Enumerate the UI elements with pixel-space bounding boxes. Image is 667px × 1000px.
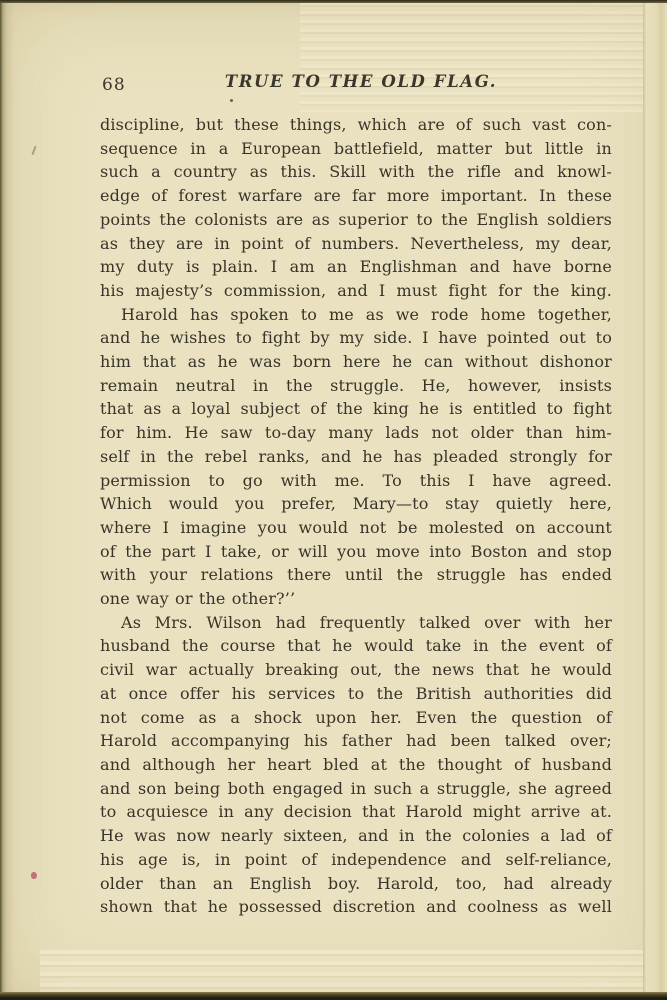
text-line: where I imagine you would not be moleste… [100, 516, 612, 540]
text-line: for him. He saw to-day many lads not old… [100, 421, 612, 445]
text-line: my duty is plain. I am an Englishman and… [100, 255, 612, 279]
page-number: 68 [102, 75, 126, 95]
scan-edge-left [0, 0, 14, 1000]
text-line: self in the rebel ranks, and he has plea… [100, 445, 612, 469]
text-line: him that as he was born here he can with… [100, 350, 612, 374]
scan-edge-top [0, 0, 667, 3]
text-line: points the colonists are as superior to … [100, 208, 612, 232]
text-line: husband the course that he would take in… [100, 634, 612, 658]
paper-speck [32, 146, 37, 155]
text-line: as they are in point of numbers. Neverth… [100, 232, 612, 256]
text-line: Harold accompanying his father had been … [100, 729, 612, 753]
text-line: Harold has spoken to me as we rode home … [100, 303, 612, 327]
text-line: and he wishes to fight by my side. I hav… [100, 326, 612, 350]
text-line: one way or the other?’’ [100, 587, 612, 611]
text-line: He was now nearly sixteen, and in the co… [100, 824, 612, 848]
text-line: not come as a shock upon her. Even the q… [100, 706, 612, 730]
text-line: As Mrs. Wilson had frequently talked ove… [100, 611, 612, 635]
printed-content: 68 TRUE TO THE OLD FLAG. discipline, but… [100, 72, 612, 919]
paragraph: Harold has spoken to me as we rode home … [100, 303, 612, 611]
text-line: shown that he possessed discretion and c… [100, 895, 612, 919]
text-line: remain neutral in the struggle. He, howe… [100, 374, 612, 398]
scan-edge-bottom [0, 992, 667, 1000]
red-ink-fleck [31, 872, 37, 879]
text-line: sequence in a European battlefield, matt… [100, 137, 612, 161]
text-line: and son being both engaged in such a str… [100, 777, 612, 801]
text-line: Which would you prefer, Mary—to stay qui… [100, 492, 612, 516]
scan-edge-right [643, 0, 667, 1000]
running-title: TRUE TO THE OLD FLAG. [100, 72, 612, 91]
text-line: and although her heart bled at the thoug… [100, 753, 612, 777]
text-line: civil war actually breaking out, the new… [100, 658, 612, 682]
text-line: to acquiesce in any decision that Harold… [100, 800, 612, 824]
page-header: 68 TRUE TO THE OLD FLAG. [100, 72, 612, 96]
text-line: edge of forest warfare are far more impo… [100, 184, 612, 208]
text-line: older than an English boy. Harold, too, … [100, 872, 612, 896]
text-line: that as a loyal subject of the king he i… [100, 397, 612, 421]
text-line: his age is, in point of independence and… [100, 848, 612, 872]
text-line: at once offer his services to the Britis… [100, 682, 612, 706]
text-line: with your relations there until the stru… [100, 563, 612, 587]
text-line: discipline, but these things, which are … [100, 113, 612, 137]
text-line: his majesty’s commission, and I must fig… [100, 279, 612, 303]
paragraph: As Mrs. Wilson had frequently talked ove… [100, 611, 612, 919]
text-line: permission to go with me. To this I have… [100, 469, 612, 493]
book-page-scan: 68 TRUE TO THE OLD FLAG. discipline, but… [0, 0, 667, 1000]
text-line: such a country as this. Skill with the r… [100, 160, 612, 184]
page-body: discipline, but these things, which are … [100, 113, 612, 919]
text-line: of the part I take, or will you move int… [100, 540, 612, 564]
page-edge-streaks-bottom [40, 950, 648, 992]
paragraph: discipline, but these things, which are … [100, 113, 612, 303]
